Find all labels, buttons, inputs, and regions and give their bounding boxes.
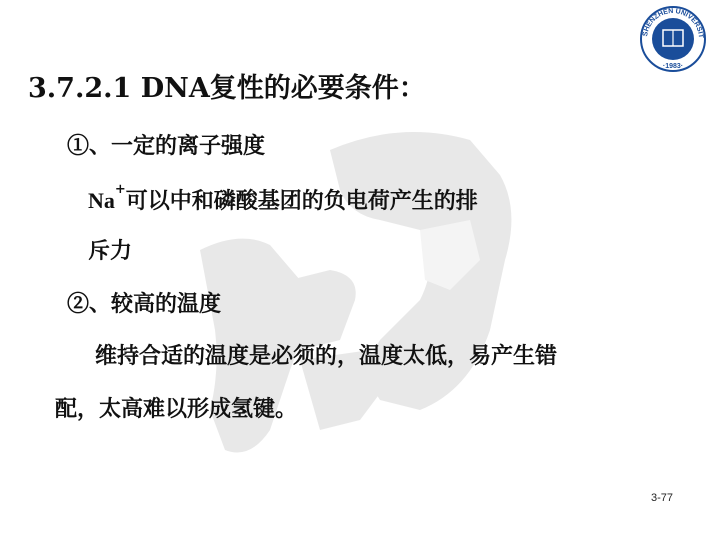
condition-2-detail-cont: 配，太高难以形成氢键。 — [55, 392, 297, 423]
condition-2-detail: 维持合适的温度是必须的，温度太低，易产生错 — [95, 339, 557, 370]
condition-1-detail: Na+可以中和磷酸基团的负电荷产生的排 — [88, 184, 478, 215]
condition-1-detail-cont: 斥力 — [88, 234, 132, 265]
sodium-symbol: Na — [88, 188, 115, 213]
condition-1-heading: ①、一定的离子强度 — [67, 129, 265, 160]
page-number: 3-77 — [651, 492, 673, 504]
svg-text:·1983·: ·1983· — [663, 63, 683, 70]
university-seal-icon: SHENZHEN UNIVERSITY ·1983· — [639, 5, 707, 73]
charge-superscript: + — [115, 182, 126, 197]
condition-1-detail-text: 可以中和磷酸基团的负电荷产生的排 — [126, 188, 478, 214]
slide-title: 3.7.2.1 DNA复性的必要条件： — [28, 66, 426, 105]
condition-2-heading: ②、较高的温度 — [67, 287, 221, 318]
